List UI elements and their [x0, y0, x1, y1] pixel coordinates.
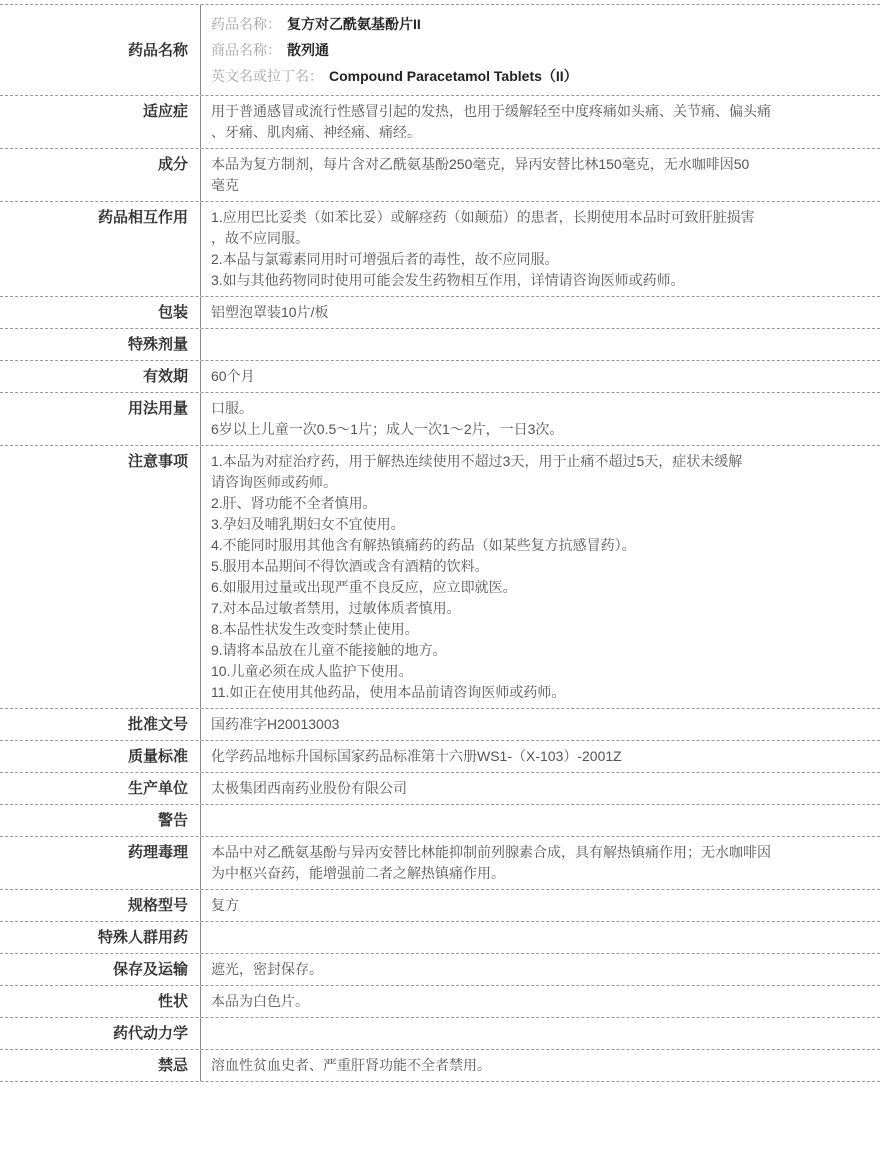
row-content: 复方 [201, 890, 880, 921]
table-row-appearance: 性状 本品为白色片。 [0, 986, 880, 1018]
table-row-packaging: 包装 铝塑泡罩装10片/板 [0, 297, 880, 329]
row-content [201, 805, 880, 836]
table-row-pharmacology-toxicology: 药理毒理 本品中对乙酰氨基酚与异丙安替比林能抑制前列腺素合成，具有解热镇痛作用；… [0, 837, 880, 890]
row-content [201, 329, 880, 360]
drug-info-table: 药品名称 药品名称：复方对乙酰氨基酚片II 商品名称：散列通 英文名或拉丁名：C… [0, 4, 880, 1082]
trade-name-line: 商品名称：散列通 [211, 37, 866, 63]
drug-name-sub-label: 药品名称： [211, 16, 281, 32]
row-label: 批准文号 [0, 709, 201, 740]
table-row-storage-transport: 保存及运输 遮光，密封保存。 [0, 954, 880, 986]
row-content: 60个月 [201, 361, 880, 392]
table-row-shelf-life: 有效期 60个月 [0, 361, 880, 393]
table-row-indications: 适应症 用于普通感冒或流行性感冒引起的发热，也用于缓解轻至中度疼痛如头痛、关节痛… [0, 96, 880, 149]
table-row-precautions: 注意事项 1.本品为对症治疗药，用于解热连续使用不超过3天，用于止痛不超过5天，… [0, 446, 880, 709]
table-row-pharmacokinetics: 药代动力学 [0, 1018, 880, 1050]
row-label: 禁忌 [0, 1050, 201, 1081]
english-name-sub-label: 英文名或拉丁名： [211, 68, 323, 84]
drug-name-line: 药品名称：复方对乙酰氨基酚片II [211, 11, 866, 37]
row-label: 包装 [0, 297, 201, 328]
row-content: 铝塑泡罩装10片/板 [201, 297, 880, 328]
row-label: 质量标准 [0, 741, 201, 772]
table-row-drug-interactions: 药品相互作用 1.应用巴比妥类（如苯比妥）或解痉药（如颠茄）的患者，长期使用本品… [0, 202, 880, 297]
row-content: 本品为白色片。 [201, 986, 880, 1017]
row-label: 注意事项 [0, 446, 201, 708]
row-content: 溶血性贫血史者、严重肝肾功能不全者禁用。 [201, 1050, 880, 1081]
row-label: 规格型号 [0, 890, 201, 921]
row-content [201, 922, 880, 953]
table-row-specification: 规格型号 复方 [0, 890, 880, 922]
row-content: 本品中对乙酰氨基酚与异丙安替比林能抑制前列腺素合成，具有解热镇痛作用；无水咖啡因… [201, 837, 880, 889]
row-content: 口服。 6岁以上儿童一次0.5～1片；成人一次1～2片，一日3次。 [201, 393, 880, 445]
row-label: 保存及运输 [0, 954, 201, 985]
row-content: 本品为复方制剂，每片含对乙酰氨基酚250毫克，异丙安替比林150毫克，无水咖啡因… [201, 149, 880, 201]
row-label: 药品相互作用 [0, 202, 201, 296]
table-row-quality-standard: 质量标准 化学药品地标升国标国家药品标准第十六册WS1-（X-103）-2001… [0, 741, 880, 773]
trade-name-value: 散列通 [281, 42, 329, 58]
row-content: 国药准字H20013003 [201, 709, 880, 740]
row-content: 太极集团西南药业股份有限公司 [201, 773, 880, 804]
row-content: 遮光，密封保存。 [201, 954, 880, 985]
table-row-contraindications: 禁忌 溶血性贫血史者、严重肝肾功能不全者禁用。 [0, 1050, 880, 1082]
table-row-special-dosage: 特殊剂量 [0, 329, 880, 361]
english-name-value: Compound Paracetamol Tablets（II） [323, 68, 578, 84]
table-row-drug-name: 药品名称 药品名称：复方对乙酰氨基酚片II 商品名称：散列通 英文名或拉丁名：C… [0, 5, 880, 96]
row-label: 特殊剂量 [0, 329, 201, 360]
row-content [201, 1018, 880, 1049]
row-content-drug-name: 药品名称：复方对乙酰氨基酚片II 商品名称：散列通 英文名或拉丁名：Compou… [201, 5, 880, 95]
row-label: 用法用量 [0, 393, 201, 445]
english-name-line: 英文名或拉丁名：Compound Paracetamol Tablets（II） [211, 63, 866, 89]
row-label: 药代动力学 [0, 1018, 201, 1049]
table-row-ingredients: 成分 本品为复方制剂，每片含对乙酰氨基酚250毫克，异丙安替比林150毫克，无水… [0, 149, 880, 202]
table-row-dosage-usage: 用法用量 口服。 6岁以上儿童一次0.5～1片；成人一次1～2片，一日3次。 [0, 393, 880, 446]
row-label: 有效期 [0, 361, 201, 392]
row-label: 性状 [0, 986, 201, 1017]
row-label: 适应症 [0, 96, 201, 148]
table-row-manufacturer: 生产单位 太极集团西南药业股份有限公司 [0, 773, 880, 805]
row-content: 1.应用巴比妥类（如苯比妥）或解痉药（如颠茄）的患者，长期使用本品时可致肝脏损害… [201, 202, 880, 296]
row-label: 成分 [0, 149, 201, 201]
table-row-approval-number: 批准文号 国药准字H20013003 [0, 709, 880, 741]
row-label: 生产单位 [0, 773, 201, 804]
row-label: 特殊人群用药 [0, 922, 201, 953]
row-content: 用于普通感冒或流行性感冒引起的发热，也用于缓解轻至中度疼痛如头痛、关节痛、偏头痛… [201, 96, 880, 148]
drug-name-value: 复方对乙酰氨基酚片II [281, 16, 421, 32]
row-label-drug-name: 药品名称 [0, 5, 201, 95]
row-content: 1.本品为对症治疗药，用于解热连续使用不超过3天，用于止痛不超过5天，症状未缓解… [201, 446, 880, 708]
table-row-warning: 警告 [0, 805, 880, 837]
row-label: 警告 [0, 805, 201, 836]
table-row-special-populations: 特殊人群用药 [0, 922, 880, 954]
trade-name-sub-label: 商品名称： [211, 42, 281, 58]
row-content: 化学药品地标升国标国家药品标准第十六册WS1-（X-103）-2001Z [201, 741, 880, 772]
row-label: 药理毒理 [0, 837, 201, 889]
